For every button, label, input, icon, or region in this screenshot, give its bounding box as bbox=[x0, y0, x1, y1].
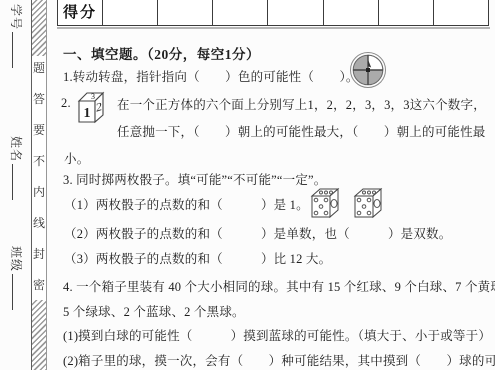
score-cell bbox=[157, 0, 212, 25]
q4-line1: 4. 一个箱子里装有 40 个大小相同的球。其中有 15 个红球、9 个白球、7… bbox=[63, 277, 495, 295]
student-name-blank bbox=[12, 164, 17, 200]
student-id-label: 学号 bbox=[9, 4, 23, 30]
seal-char: 答 bbox=[33, 90, 45, 107]
student-id-field: 学号 bbox=[8, 4, 25, 68]
spinner-icon bbox=[349, 51, 387, 89]
section-title: 一、填空题。（20分，每空1分） bbox=[63, 43, 260, 63]
cube-face-front: 1 bbox=[84, 106, 91, 121]
hatch-bottom bbox=[32, 300, 46, 370]
q4-line2: 5 个绿球、2 个蓝球、2 个黑球。 bbox=[63, 302, 245, 320]
score-cell bbox=[378, 0, 433, 25]
score-label: 得分 bbox=[58, 0, 102, 25]
q3-item-3: （3）两枚骰子的点数的和（ ）比 12 大。 bbox=[64, 249, 331, 267]
seal-band: 题 答 要 不 内 线 封 密 bbox=[31, 0, 47, 370]
score-cell bbox=[323, 0, 378, 25]
q2-line2: 任意抛一下，（ ）朝上的可能性最大，（ ）朝上的可能性最 bbox=[117, 122, 486, 140]
q2-line3: 小。 bbox=[64, 149, 89, 167]
score-cell bbox=[267, 0, 322, 25]
student-name-label: 姓名 bbox=[9, 136, 23, 162]
seal-char: 不 bbox=[33, 152, 45, 169]
seal-char: 内 bbox=[33, 183, 45, 200]
cube-face-top: 3 bbox=[91, 92, 95, 101]
hatch-top bbox=[32, 0, 46, 56]
class-blank bbox=[12, 274, 17, 310]
seal-char: 封 bbox=[33, 245, 45, 262]
q3-title: 3. 同时掷两枚骰子。填“可能”“不可能”“一定”。 bbox=[63, 170, 327, 188]
q4-item-2: (2)箱子里的球，摸一次，会有（ ）种可能结果，其中摸到（ ）球的可能性 bbox=[63, 351, 495, 369]
q3-item-2: （2）两枚骰子的点数的和（ ）是单数，也（ ）是双数。 bbox=[64, 224, 451, 242]
q4-item-1: (1)摸到白球的可能性（ ）摸到蓝球的可能性。（填大于、小于或等于） bbox=[63, 326, 491, 344]
score-cell bbox=[102, 0, 157, 25]
class-field: 班级 bbox=[8, 246, 25, 310]
q2-line1: 在一个正方体的六个面上分别写上1，2，2，3，3，3这六个数字， bbox=[117, 95, 486, 113]
seal-char: 线 bbox=[33, 214, 45, 231]
score-cell bbox=[212, 0, 267, 25]
score-cell bbox=[433, 0, 488, 25]
seal-char: 题 bbox=[33, 59, 45, 76]
seal-char: 密 bbox=[33, 276, 45, 293]
dice-icon bbox=[350, 186, 386, 222]
score-table: 得分 bbox=[57, 0, 489, 26]
class-label: 班级 bbox=[9, 246, 23, 272]
dice-icon bbox=[307, 186, 343, 222]
student-name-field: 姓名 bbox=[8, 136, 25, 200]
number-cube-icon: 1 2 3 bbox=[71, 89, 111, 127]
student-id-blank bbox=[12, 32, 17, 68]
cube-face-right: 2 bbox=[96, 99, 102, 115]
q1-text: 1.转动转盘，指针指向（ ）色的可能性（ ）。 bbox=[63, 67, 359, 85]
q3-item-1: （1）两枚骰子的点数的和（ ）是 1。 bbox=[64, 195, 309, 213]
q2-number: 2. bbox=[61, 96, 71, 111]
seal-char: 要 bbox=[33, 121, 45, 138]
seal-line-text: 题 答 要 不 内 线 封 密 bbox=[32, 59, 46, 293]
table-shadow-line bbox=[57, 27, 490, 29]
